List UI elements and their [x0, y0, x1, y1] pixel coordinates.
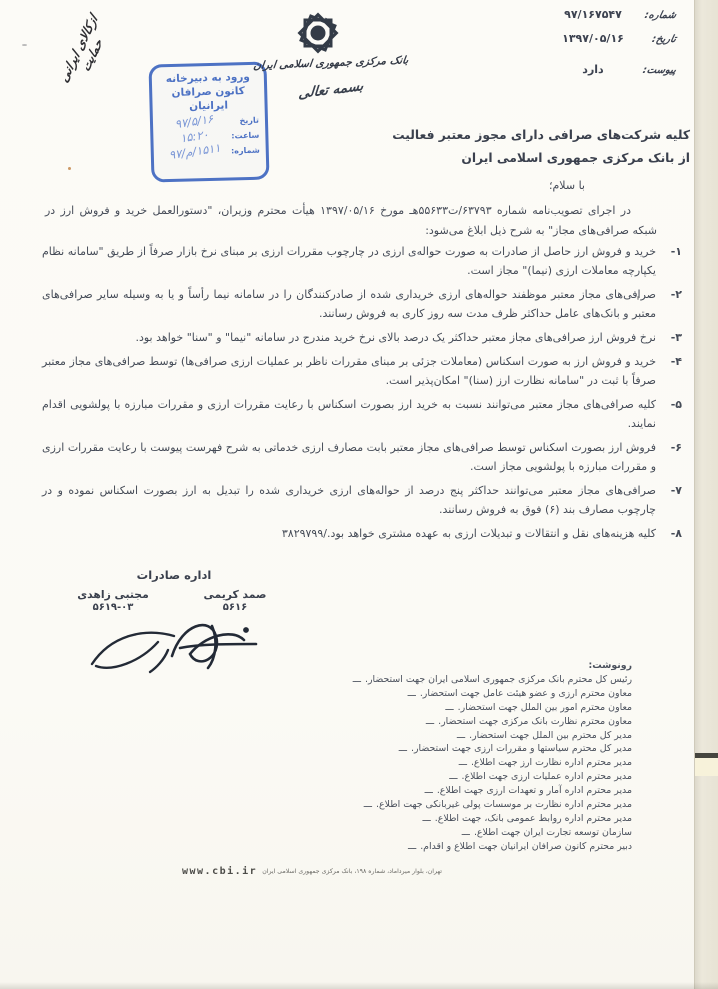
- directive-items: ۱- خرید و فروش ارز حاصل از صادرات به صور…: [42, 242, 682, 548]
- directive-item: ۶- فروش ارز بصورت اسکناس توسط صرافی‌های …: [42, 438, 682, 476]
- directive-item: ۳- نرخ فروش ارز صرافی‌های مجاز معتبر حدا…: [42, 328, 682, 347]
- directive-item: ۸- کلیه هزینه‌های نقل و انتقالات و تبدیل…: [42, 524, 682, 543]
- paper-speck: [68, 167, 71, 170]
- letter-footer: www.cbi.ir تهران، بلوار میرداماد، شماره …: [182, 866, 482, 877]
- signer-left: مجتبی زاهدی ۵۶۱۹-۰۳: [58, 588, 168, 613]
- intro-paragraph: در اجرای تصویب‌نامه شماره ۶۳۷۹۳/ت۵۵۶۳۳هـ…: [45, 201, 657, 240]
- cc-recipient: مدیر محترم اداره روابط عمومی بانک، جهت ا…: [250, 812, 632, 826]
- ref-number-value: ۹۷/۱۶۷۵۴۷: [546, 8, 640, 21]
- item-number: ۲-: [656, 285, 682, 323]
- scan-edge-strip: [694, 0, 718, 989]
- website-url: www.cbi.ir: [182, 866, 257, 877]
- item-number: ۴-: [656, 352, 682, 390]
- item-text: صرافی‌های مجاز معتبر می‌توانند حداکثر پن…: [42, 481, 656, 519]
- bank-address: تهران، بلوار میرداماد، شماره ۱۹۸، بانک م…: [262, 868, 442, 875]
- cc-recipient: مدیر محترم اداره آمار و تعهدات ارزی جهت …: [250, 784, 632, 798]
- recipient-line-2: از بانک مرکزی جمهوری اسلامی ایران: [300, 147, 690, 170]
- recipient-block: کلیه شرکت‌های صرافی دارای مجوز معتبر فعا…: [300, 124, 690, 170]
- cc-recipient: رئیس کل محترم بانک مرکزی جمهوری اسلامی ا…: [250, 673, 632, 687]
- cc-recipient: معاون محترم ارزی و عضو هیئت عامل جهت است…: [250, 687, 632, 701]
- directive-item: ۷- صرافی‌های مجاز معتبر می‌توانند حداکثر…: [42, 481, 682, 519]
- recipient-line-1: کلیه شرکت‌های صرافی دارای مجوز معتبر فعا…: [300, 124, 690, 147]
- cc-recipient: سازمان توسعه تجارت ایران جهت اطلاع.ـــ: [250, 826, 632, 840]
- ref-number-label: شماره:: [639, 10, 677, 21]
- reference-fields: شماره: ۹۷/۱۶۷۵۴۷ تاریخ: ۱۳۹۷/۰۵/۱۶ پیوست…: [546, 8, 676, 87]
- cc-recipient: مدیر کل محترم سیاستها و مقررات ارزی جهت …: [250, 742, 632, 756]
- item-number: ۶-: [656, 438, 682, 476]
- signer-left-code: ۵۶۱۹-۰۳: [58, 602, 168, 613]
- item-text: خرید و فروش ارز حاصل از صادرات به صورت ح…: [42, 242, 656, 280]
- cc-dash: ـــ: [459, 756, 467, 770]
- cc-dash: ـــ: [399, 742, 407, 756]
- stamp-date-label: تاریخ: [229, 115, 259, 125]
- ref-attachment-label: پیوست:: [639, 65, 677, 76]
- item-number: ۱-: [656, 242, 682, 280]
- cc-recipient: دبیر محترم کانون صرافان ایرانیان جهت اطل…: [250, 840, 632, 854]
- scan-edge-highlight: [695, 758, 718, 776]
- ref-date-label: تاریخ:: [639, 34, 677, 45]
- stamp-number-label: شماره:: [230, 145, 260, 155]
- cc-dash: ـــ: [364, 798, 372, 812]
- cc-dash: ـــ: [353, 673, 361, 687]
- cc-list: رونوشت: رئیس کل محترم بانک مرکزی جمهوری …: [250, 659, 632, 854]
- cc-recipient: معاون محترم نظارت بانک مرکزی جهت استحضار…: [250, 715, 632, 729]
- signer-right-code: ۵۶۱۶: [180, 602, 290, 613]
- item-text: صرافی‌های مجاز معتبر موظفند حواله‌های ار…: [42, 285, 656, 323]
- cc-dash: ـــ: [425, 784, 433, 798]
- scan-bottom-shadow: [0, 982, 718, 989]
- central-bank-emblem-icon: [292, 7, 344, 59]
- ref-attachment-value: دارد: [546, 63, 640, 76]
- item-number: ۸-: [656, 524, 682, 543]
- item-number: ۳-: [656, 328, 682, 347]
- signature-scribble-left: [84, 622, 184, 678]
- directive-item: ۲- صرافی‌های مجاز معتبر موظفند حواله‌های…: [42, 285, 682, 323]
- ref-date-value: ۱۳۹۷/۰۵/۱۶: [546, 32, 640, 45]
- cc-dash: ـــ: [457, 729, 465, 743]
- directive-item: ۴- خرید و فروش ارز به صورت اسکناس (معامل…: [42, 352, 682, 390]
- salutation: با سلام؛: [505, 179, 585, 192]
- paper-speck: [22, 44, 27, 46]
- directive-item: ۱- خرید و فروش ارز حاصل از صادرات به صور…: [42, 242, 682, 280]
- cc-recipient: مدیر کل محترم بین الملل جهت استحضار.ـــ: [250, 729, 632, 743]
- item-text: خرید و فروش ارز به صورت اسکناس (معاملات …: [42, 352, 656, 390]
- cc-dash: ـــ: [426, 715, 434, 729]
- directive-item: ۵- کلیه صرافی‌های مجاز معتبر می‌توانند ن…: [42, 395, 682, 433]
- item-number: ۵-: [656, 395, 682, 433]
- cc-dash: ـــ: [449, 770, 457, 784]
- item-text: نرخ فروش ارز صرافی‌های مجاز معتبر حداکثر…: [42, 328, 656, 347]
- cc-label: رونوشت:: [250, 659, 632, 673]
- secretariat-entry-stamp: ورود به دبیرخانه کانون صرافان ایرانیان ت…: [148, 61, 269, 182]
- signature-block: اداره صادرات صمد کریمی ۵۶۱۶ مجتبی زاهدی …: [58, 568, 290, 613]
- cc-recipient: مدیر محترم اداره عملیات ارزی جهت اطلاع.ـ…: [250, 770, 632, 784]
- stamp-org: کانون صرافان ایرانیان: [158, 84, 259, 115]
- signer-left-name: مجتبی زاهدی: [58, 588, 168, 601]
- cc-dash: ـــ: [423, 812, 431, 826]
- cc-recipient: مدیر محترم اداره نظارت ارز جهت اطلاع.ـــ: [250, 756, 632, 770]
- item-text: کلیه هزینه‌های نقل و انتقالات و تبدیلات …: [42, 524, 656, 543]
- besmele-calligraphy: بسمه تعالی: [296, 78, 367, 103]
- item-text: کلیه صرافی‌های مجاز معتبر می‌توانند نسبت…: [42, 395, 656, 433]
- cc-dash: ـــ: [408, 687, 416, 701]
- stamp-time-label: ساعت:: [229, 130, 259, 140]
- signer-right-name: صمد کریمی: [180, 588, 290, 601]
- item-number: ۷-: [656, 481, 682, 519]
- cc-recipient: مدیر محترم اداره نظارت بر موسسات پولی غی…: [250, 798, 632, 812]
- department-title: اداره صادرات: [58, 568, 290, 582]
- cc-dash: ـــ: [445, 701, 453, 715]
- scanned-letter-page: ازکالای ایرانی حمایت ورود به دبیرخانه کا…: [0, 0, 718, 989]
- cc-dash: ـــ: [462, 826, 470, 840]
- item-text: فروش ارز بصورت اسکناس توسط صرافی‌های مجا…: [42, 438, 656, 476]
- cc-recipient: معاون محترم امور بین الملل جهت استحضار.ـ…: [250, 701, 632, 715]
- signer-right: صمد کریمی ۵۶۱۶: [180, 588, 290, 613]
- cc-dash: ـــ: [408, 840, 416, 854]
- bank-name-calligraphy: بانک مرکزی جمهوری اسلامی ایران: [257, 54, 409, 71]
